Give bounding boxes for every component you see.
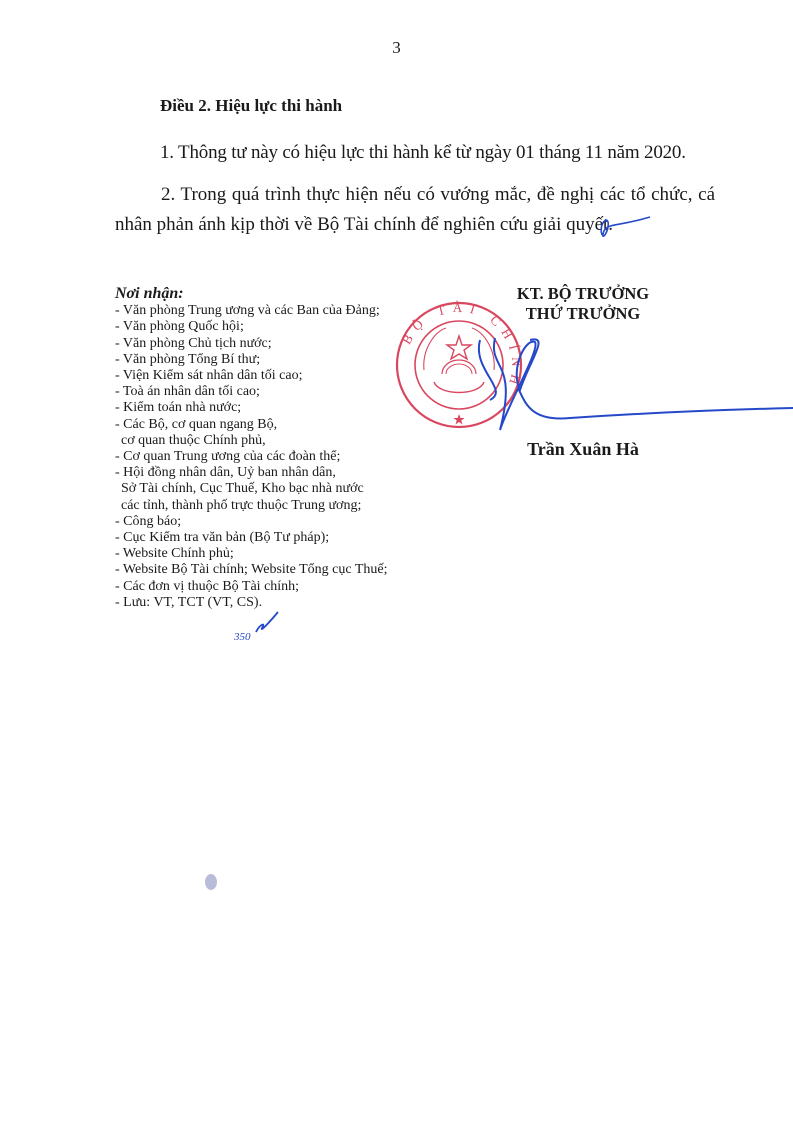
handwritten-count: 350 [233,631,251,643]
recipient-item-continued: các tỉnh, thành phố trực thuộc Trung ươn… [115,498,388,514]
recipient-item: - Kiểm toán nhà nước; [115,400,388,416]
paragraph-effective-date: 1. Thông tư này có hiệu lực thi hành kể … [160,142,686,164]
scan-artifact [205,874,217,890]
handwritten-signature [470,330,793,440]
signature-title-block: KT. BỘ TRƯỞNG THỨ TRƯỞNG [468,284,698,324]
star-icon [447,336,471,359]
signature-line-2: THỨ TRƯỞNG [468,304,698,324]
recipient-item: - Viện Kiểm sát nhân dân tối cao; [115,368,388,384]
recipient-item: - Website Chính phủ; [115,546,388,562]
recipient-item-continued: cơ quan thuộc Chính phủ, [115,433,388,449]
recipient-item: - Toà án nhân dân tối cao; [115,384,388,400]
small-star-icon [454,414,465,425]
recipient-item: - Công báo; [115,514,388,530]
handwritten-count-mark: 350 [230,604,290,644]
signature-line-1: KT. BỘ TRƯỞNG [468,284,698,304]
recipient-item: - Các đơn vị thuộc Bộ Tài chính; [115,579,388,595]
recipient-item: - Cục Kiểm tra văn bản (Bộ Tư pháp); [115,530,388,546]
recipients-list: Nơi nhận: - Văn phòng Trung ương và các … [115,286,388,611]
recipient-item: - Văn phòng Quốc hội; [115,319,388,335]
signer-name: Trần Xuân Hà [468,439,698,460]
recipient-item: - Các Bộ, cơ quan ngang Bộ, [115,417,388,433]
article-title: Điều 2. Hiệu lực thi hành [160,96,342,116]
recipient-item-continued: Sở Tài chính, Cục Thuế, Kho bạc nhà nước [115,481,388,497]
recipient-item: - Văn phòng Chủ tịch nước; [115,336,388,352]
recipient-item: - Văn phòng Trung ương và các Ban của Đả… [115,303,388,319]
recipient-item: - Văn phòng Tổng Bí thư; [115,352,388,368]
recipients-heading: Nơi nhận: [115,286,388,302]
recipient-item: - Hội đồng nhân dân, Uỷ ban nhân dân, [115,465,388,481]
initial-signature-mark [590,205,660,245]
recipient-item: - Website Bộ Tài chính; Website Tổng cục… [115,562,388,578]
page-number: 3 [0,38,793,58]
recipient-item: - Cơ quan Trung ương của các đoàn thể; [115,449,388,465]
